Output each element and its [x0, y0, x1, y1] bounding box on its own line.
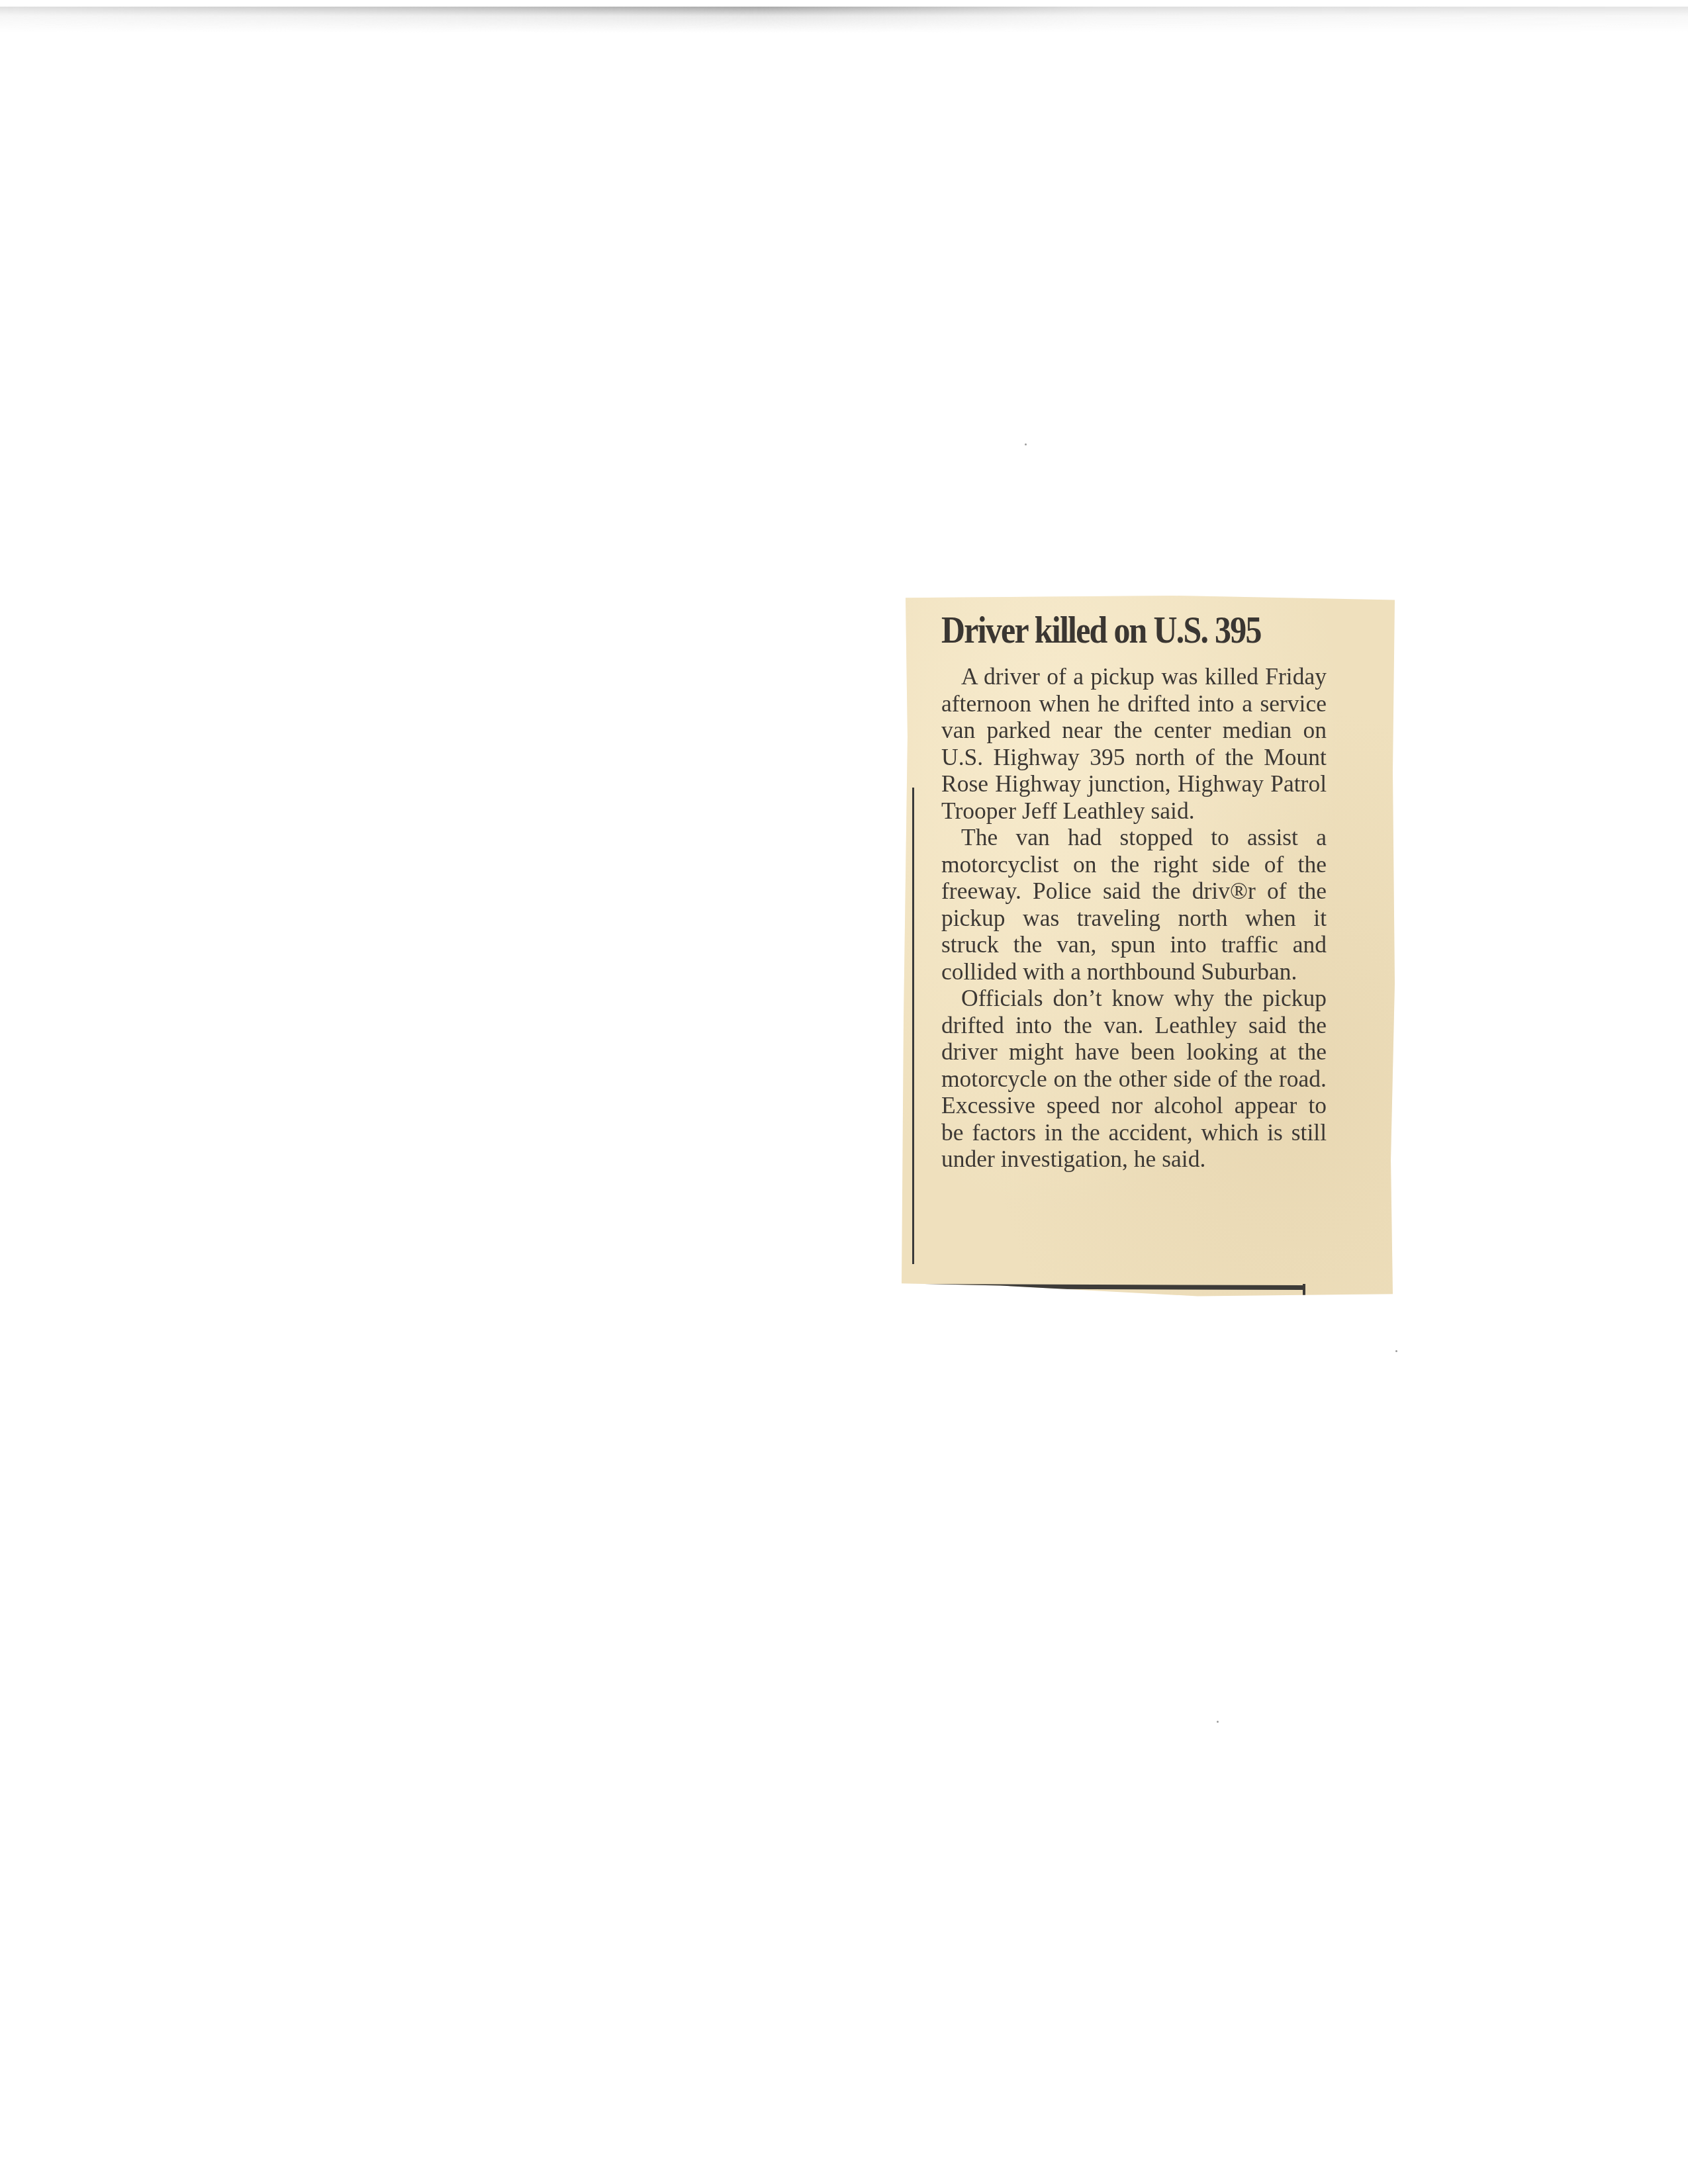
dust-speck — [1395, 1350, 1397, 1352]
bottom-rule-corner — [1303, 1284, 1305, 1297]
newspaper-clipping: Driver killed on U.S. 395 A driver of a … — [902, 596, 1395, 1301]
headline: Driver killed on U.S. 395 — [941, 608, 1283, 652]
dust-speck — [1025, 443, 1027, 445]
scan-edge-shadow — [0, 7, 1688, 33]
article-body: A driver of a pickup was killed Friday a… — [941, 663, 1327, 1173]
article-paragraph: The van had stopped to assist a motorcyc… — [941, 824, 1327, 985]
dust-speck — [1217, 1721, 1219, 1723]
article-paragraph: A driver of a pickup was killed Friday a… — [941, 663, 1327, 824]
column-rule-left — [912, 788, 914, 1264]
bottom-rule — [902, 1284, 1304, 1290]
article-paragraph: Officials don’t know why the pickup drif… — [941, 985, 1327, 1173]
